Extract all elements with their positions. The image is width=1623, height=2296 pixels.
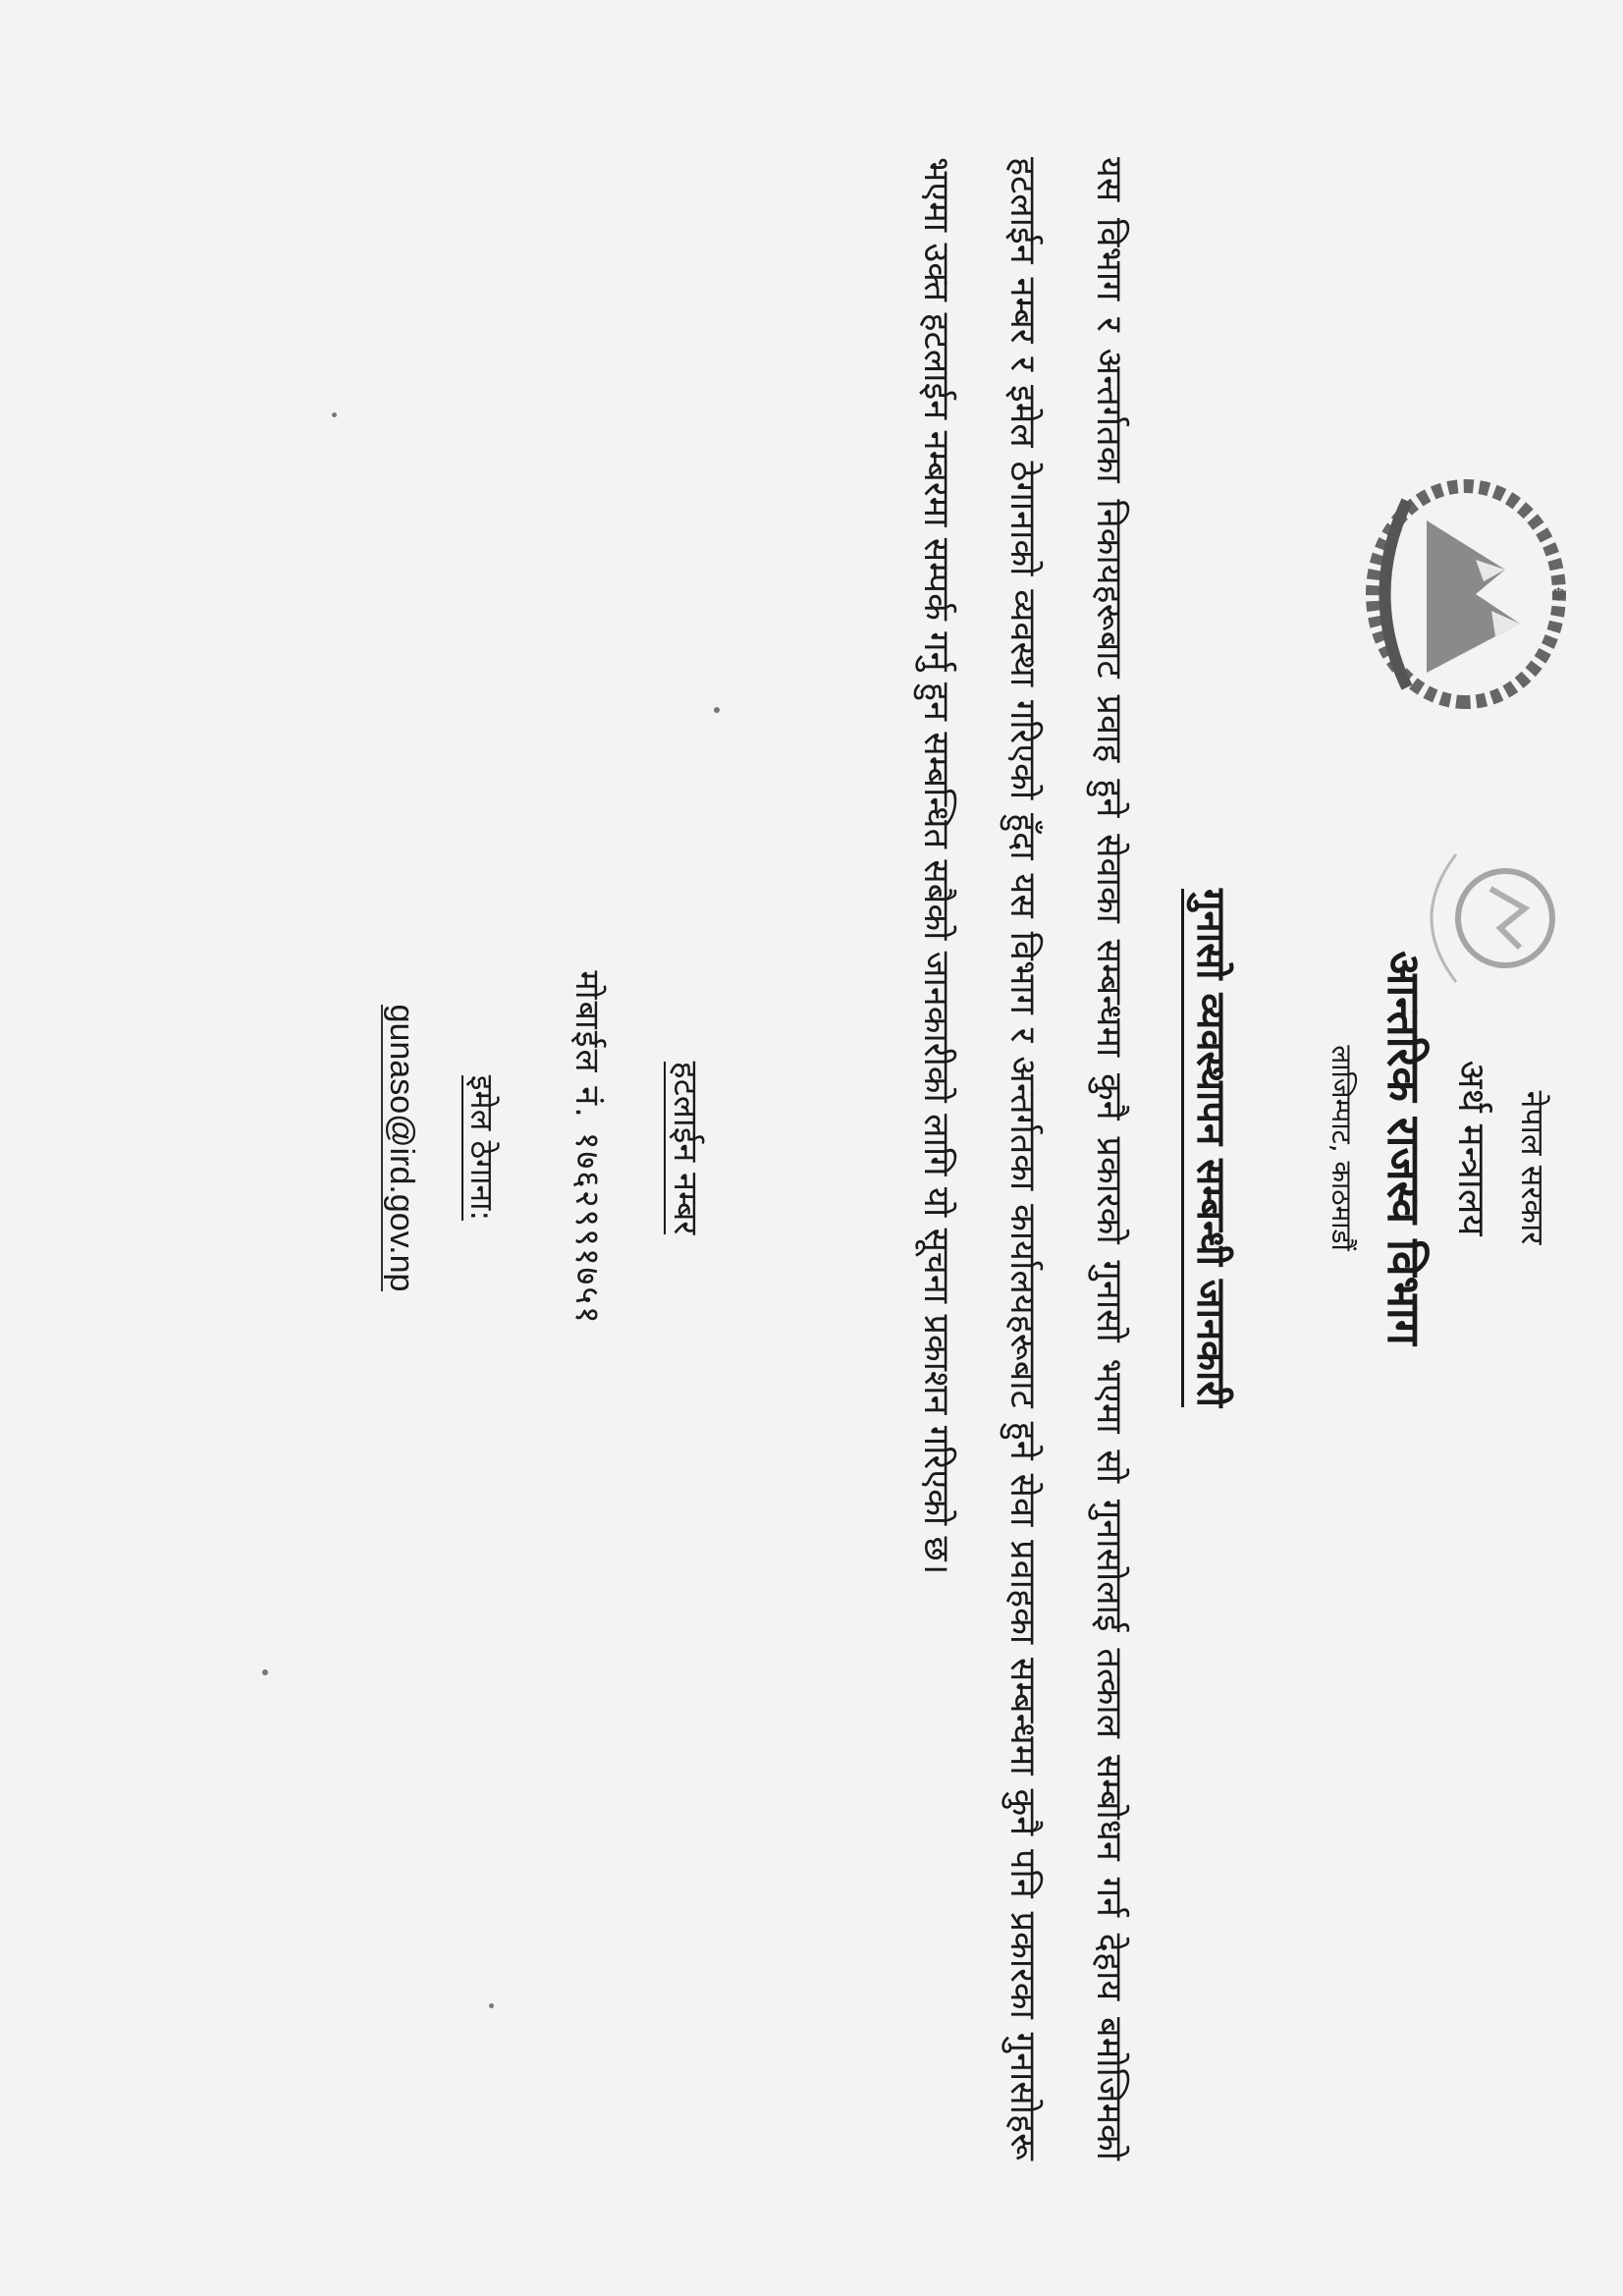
- letterhead: नेपाल सरकार अर्थ मन्त्रालय आन्तरिक राजस्…: [1324, 0, 1554, 2296]
- email-heading: इमेल ठेगाना:: [461, 0, 504, 2296]
- scan-speck: [714, 707, 720, 713]
- scan-speck: [332, 412, 337, 417]
- hotline-heading: हटलाईन नम्बर: [665, 0, 710, 2296]
- department-name: आन्तरिक राजस्व विभाग: [1375, 0, 1435, 2296]
- scan-speck: [489, 2003, 494, 2008]
- hotline-heading-text: हटलाईन नम्बर: [664, 1062, 705, 1235]
- email-label-text: इमेल ठेगाना:: [461, 1075, 501, 1221]
- ministry-name: अर्थ मन्त्रालय: [1447, 0, 1498, 2296]
- scanned-page: ☸ नेपाल सरकार अर्थ मन्त्रालय आन्तरिक राज…: [0, 0, 1623, 2296]
- notice-title: गुनासो व्यवस्थापन सम्बन्धी जानकारी: [1186, 0, 1240, 2296]
- notice-title-text: गुनासो व्यवस्थापन सम्बन्धी जानकारी: [1181, 889, 1233, 1407]
- mobile-label: मोबाईल नं.: [568, 970, 607, 1120]
- office-address: लाजिम्पाट, काठमाडौं: [1324, 0, 1361, 2296]
- email-line: gunaso@ird.gov.np: [382, 0, 420, 2296]
- document-content: ☸ नेपाल सरकार अर्थ मन्त्रालय आन्तरिक राज…: [0, 0, 1623, 2296]
- mobile-number: १७६२९९१७५१: [568, 1132, 607, 1326]
- notice-body: यस विभाग र अन्तर्गतका निकायहरूबाट प्रवाह…: [893, 157, 1152, 2160]
- government-name: नेपाल सरकार: [1512, 39, 1554, 2296]
- mobile-number-line: मोबाईल नं. १७६२९९१७५१: [567, 0, 612, 2296]
- email-address: gunaso@ird.gov.np: [381, 1005, 420, 1292]
- scan-speck: [262, 1669, 268, 1675]
